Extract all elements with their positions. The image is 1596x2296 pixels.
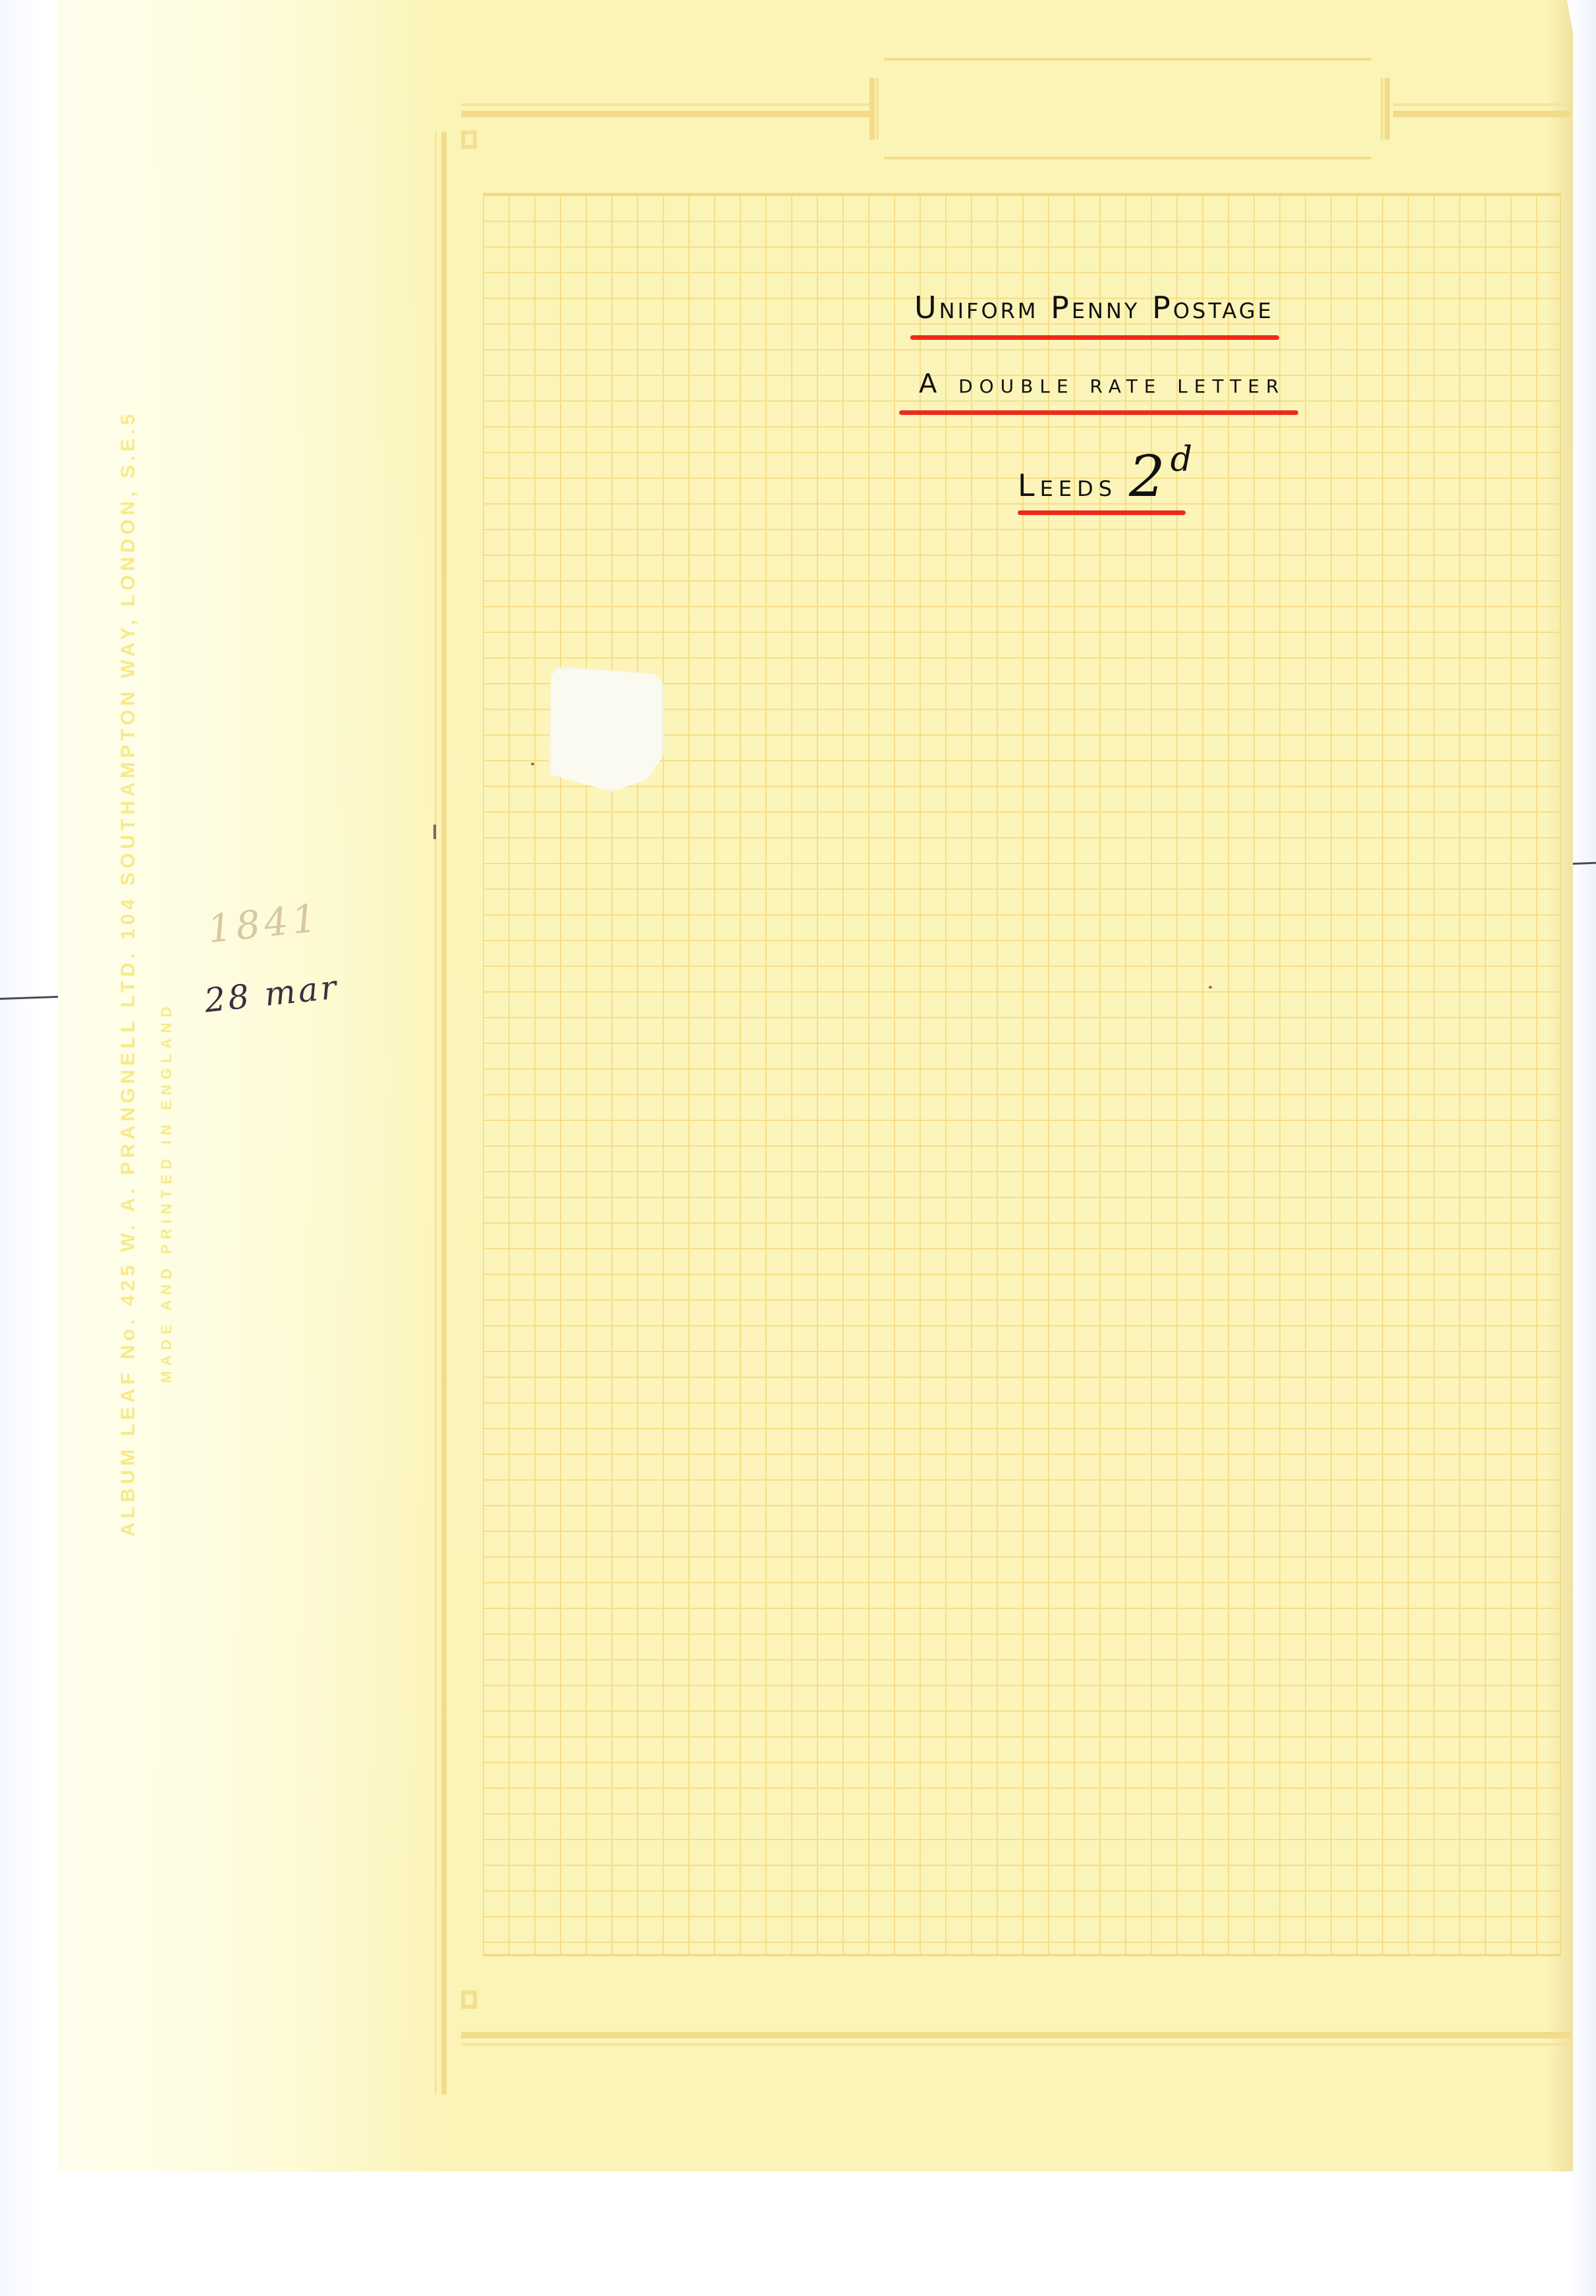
- top-border-thick-right: [1393, 111, 1571, 117]
- top-border-thick-left: [461, 111, 869, 117]
- made-in-england-imprint: MADE AND PRINTED IN ENGLAND: [158, 1002, 175, 1383]
- cartouche-right-bar: [1385, 78, 1390, 140]
- paper-speck: [1209, 986, 1212, 989]
- cartouche-inner-frame: [876, 78, 1383, 140]
- paper-speck: [531, 763, 534, 765]
- heading-text: Uniform Penny Postage: [914, 290, 1274, 325]
- rate-value: 2: [1129, 444, 1165, 510]
- rate-unit: d: [1170, 440, 1192, 479]
- top-border-thin-right: [1393, 103, 1571, 106]
- publisher-imprint: ALBUM LEAF No. 425 W. A. PRANGNELL LTD. …: [117, 410, 140, 1537]
- left-border-thin: [435, 132, 437, 2094]
- postage-rate: 2d: [1129, 444, 1192, 510]
- bottom-border-thick: [461, 2032, 1571, 2038]
- top-left-corner-ornament: [461, 130, 477, 149]
- left-border-thick: [441, 132, 447, 2094]
- bottom-border-thin: [461, 2043, 1571, 2046]
- red-underline: [1018, 510, 1186, 515]
- heading-uniform-penny-postage: Uniform Penny Postage: [914, 290, 1274, 325]
- top-border-thin-left: [461, 103, 869, 106]
- binding-mark: [433, 825, 436, 839]
- binding-margin: [58, 0, 427, 2172]
- title-cartouche: [869, 58, 1390, 159]
- bottom-left-corner-ornament: [461, 1990, 477, 2009]
- heading-double-rate-letter: A double rate letter: [919, 369, 1285, 399]
- town-name: Leeds: [1018, 468, 1117, 503]
- heading-leeds-rate: Leeds2d: [1018, 440, 1192, 510]
- cartouche-left-bar: [869, 78, 875, 140]
- red-underline: [910, 335, 1279, 340]
- red-underline: [899, 410, 1298, 415]
- heading-text: A double rate letter: [919, 369, 1285, 399]
- stamp-hinge-remnant: [549, 667, 664, 792]
